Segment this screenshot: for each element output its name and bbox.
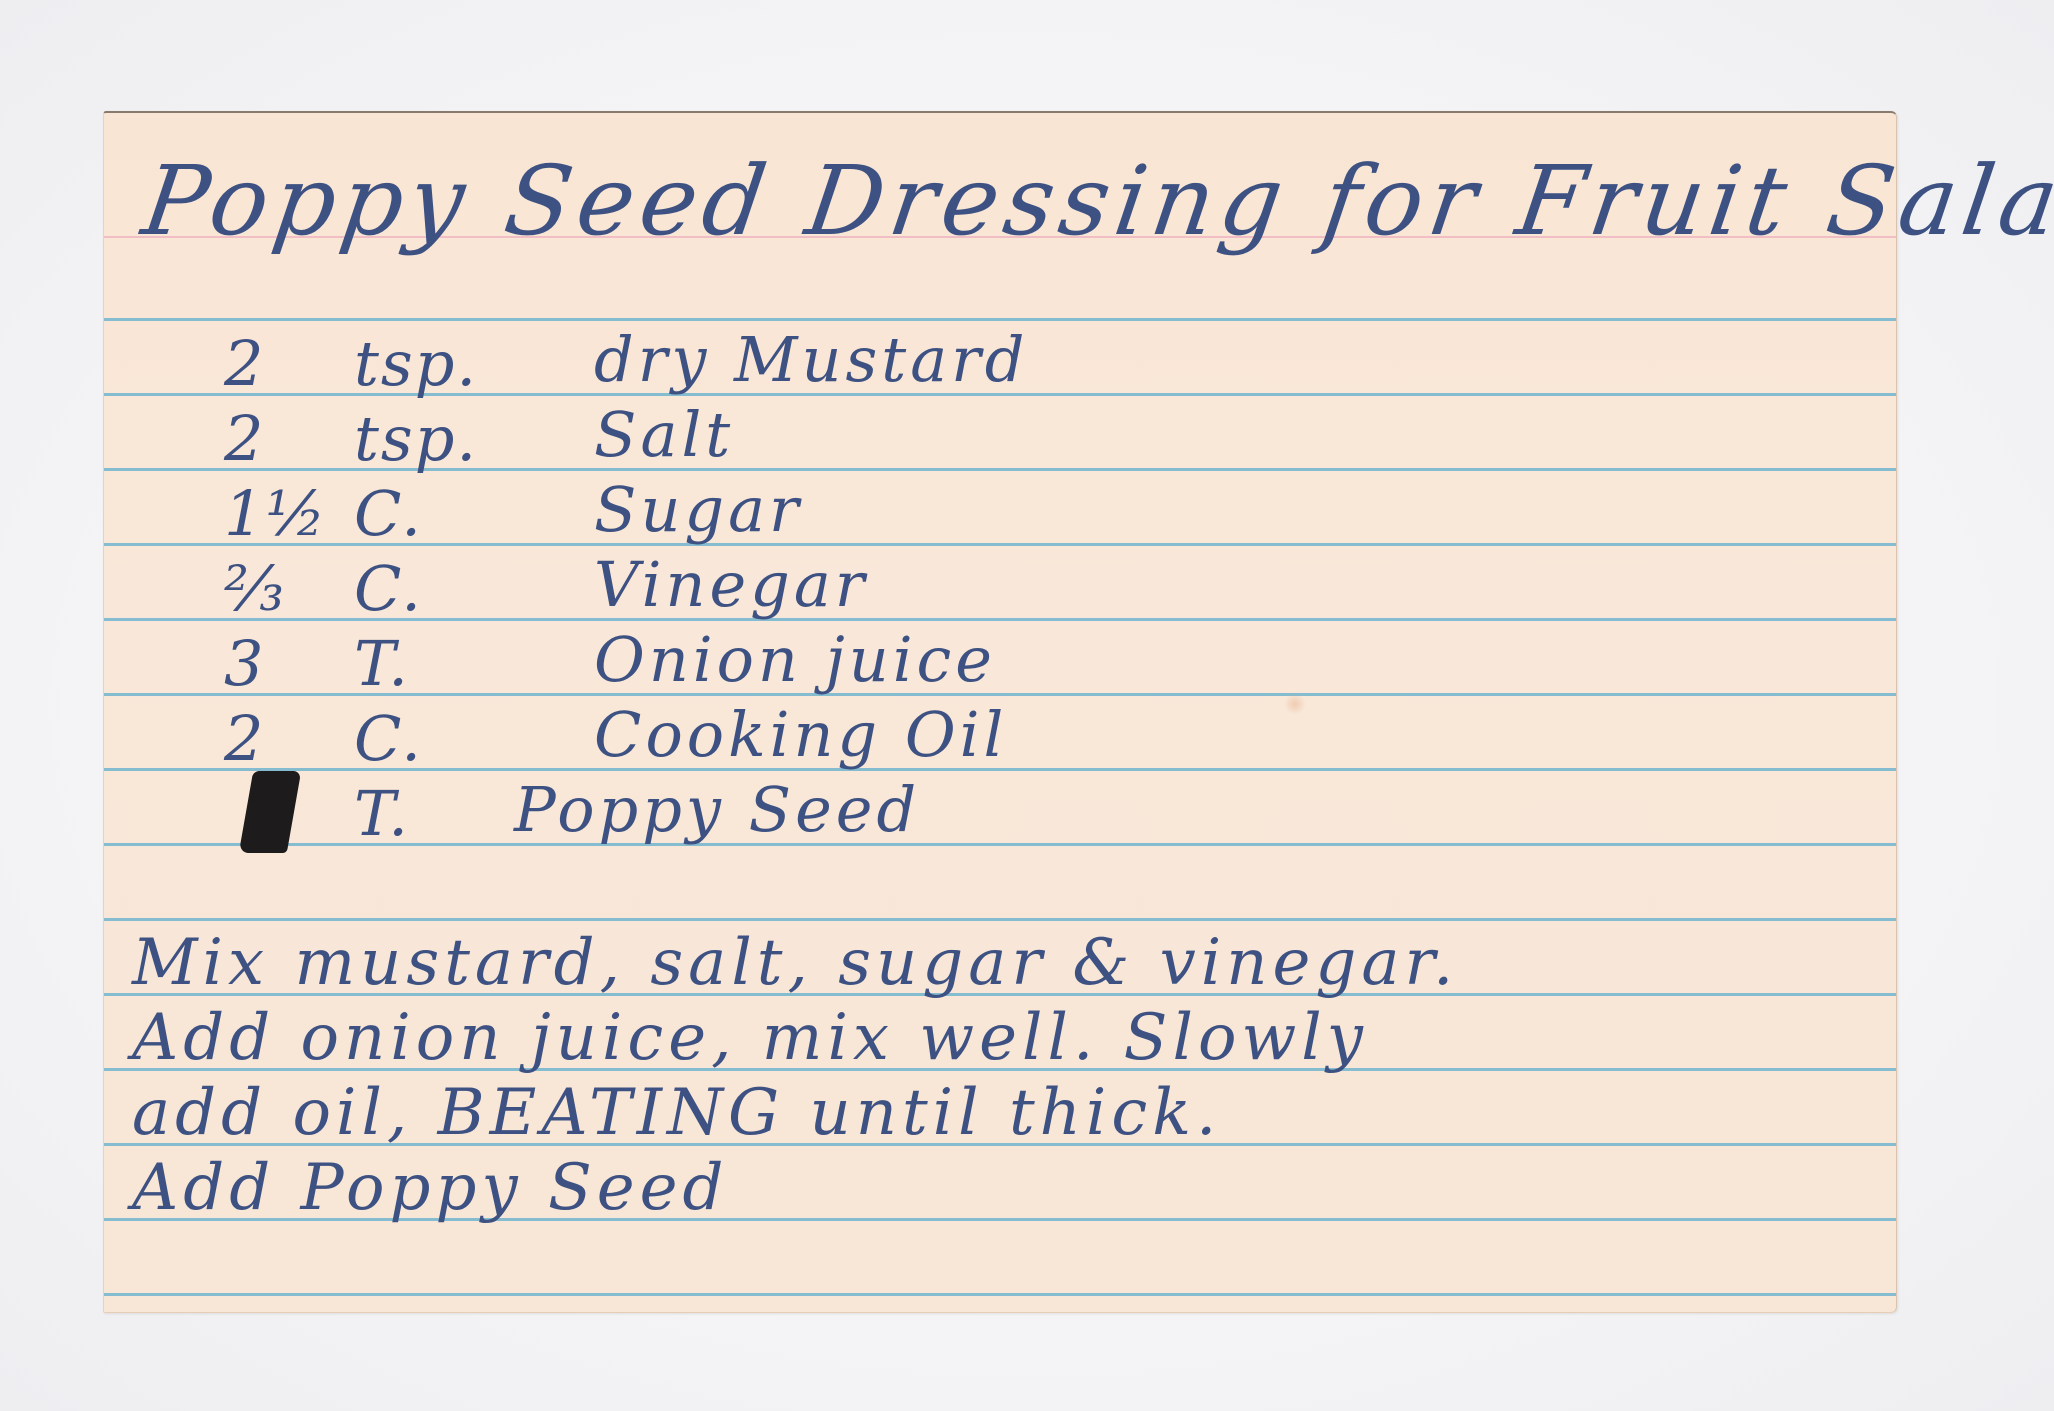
ingredient-qty: ⅔ bbox=[224, 558, 286, 620]
ingredient-qty: 3 bbox=[224, 633, 265, 695]
stain-spot bbox=[1284, 693, 1306, 715]
instruction-line: add oil, BEATING until thick. bbox=[132, 1081, 1221, 1145]
ingredient-name: Vinegar bbox=[594, 554, 868, 616]
ingredient-qty: 1½ bbox=[224, 483, 328, 545]
ingredient-unit: tsp. bbox=[354, 408, 478, 470]
instruction-line: Mix mustard, salt, sugar & vinegar. bbox=[132, 931, 1458, 995]
ruled-line bbox=[104, 918, 1896, 921]
recipe-title: Poppy Seed Dressing for Fruit Salad bbox=[137, 153, 2054, 249]
ingredient-name: Onion juice bbox=[594, 629, 996, 691]
ingredient-qty: 2 bbox=[224, 333, 265, 395]
ingredient-unit: T. bbox=[354, 633, 410, 695]
ingredient-name: Cooking Oil bbox=[594, 704, 1007, 766]
ingredient-qty: 1 bbox=[224, 783, 265, 845]
ingredient-unit: C. bbox=[354, 708, 423, 770]
ingredient-unit: C. bbox=[354, 483, 423, 545]
ingredient-name: Poppy Seed bbox=[514, 779, 920, 841]
ingredient-name: dry Mustard bbox=[594, 329, 1029, 391]
ruled-line bbox=[104, 1293, 1896, 1296]
ruled-line bbox=[104, 318, 1896, 321]
instruction-line: Add Poppy Seed bbox=[132, 1156, 729, 1220]
ingredient-qty: 2 bbox=[224, 708, 265, 770]
ingredient-name: Salt bbox=[594, 404, 734, 466]
ingredient-unit: tsp. bbox=[354, 333, 478, 395]
ingredient-qty: 2 bbox=[224, 408, 265, 470]
recipe-card: Poppy Seed Dressing for Fruit Salad 2 ts… bbox=[103, 111, 1897, 1313]
ingredient-name: Sugar bbox=[594, 479, 803, 541]
instruction-line: Add onion juice, mix well. Slowly bbox=[132, 1006, 1368, 1070]
ingredient-unit: T. bbox=[354, 783, 410, 845]
ingredient-unit: C. bbox=[354, 558, 423, 620]
